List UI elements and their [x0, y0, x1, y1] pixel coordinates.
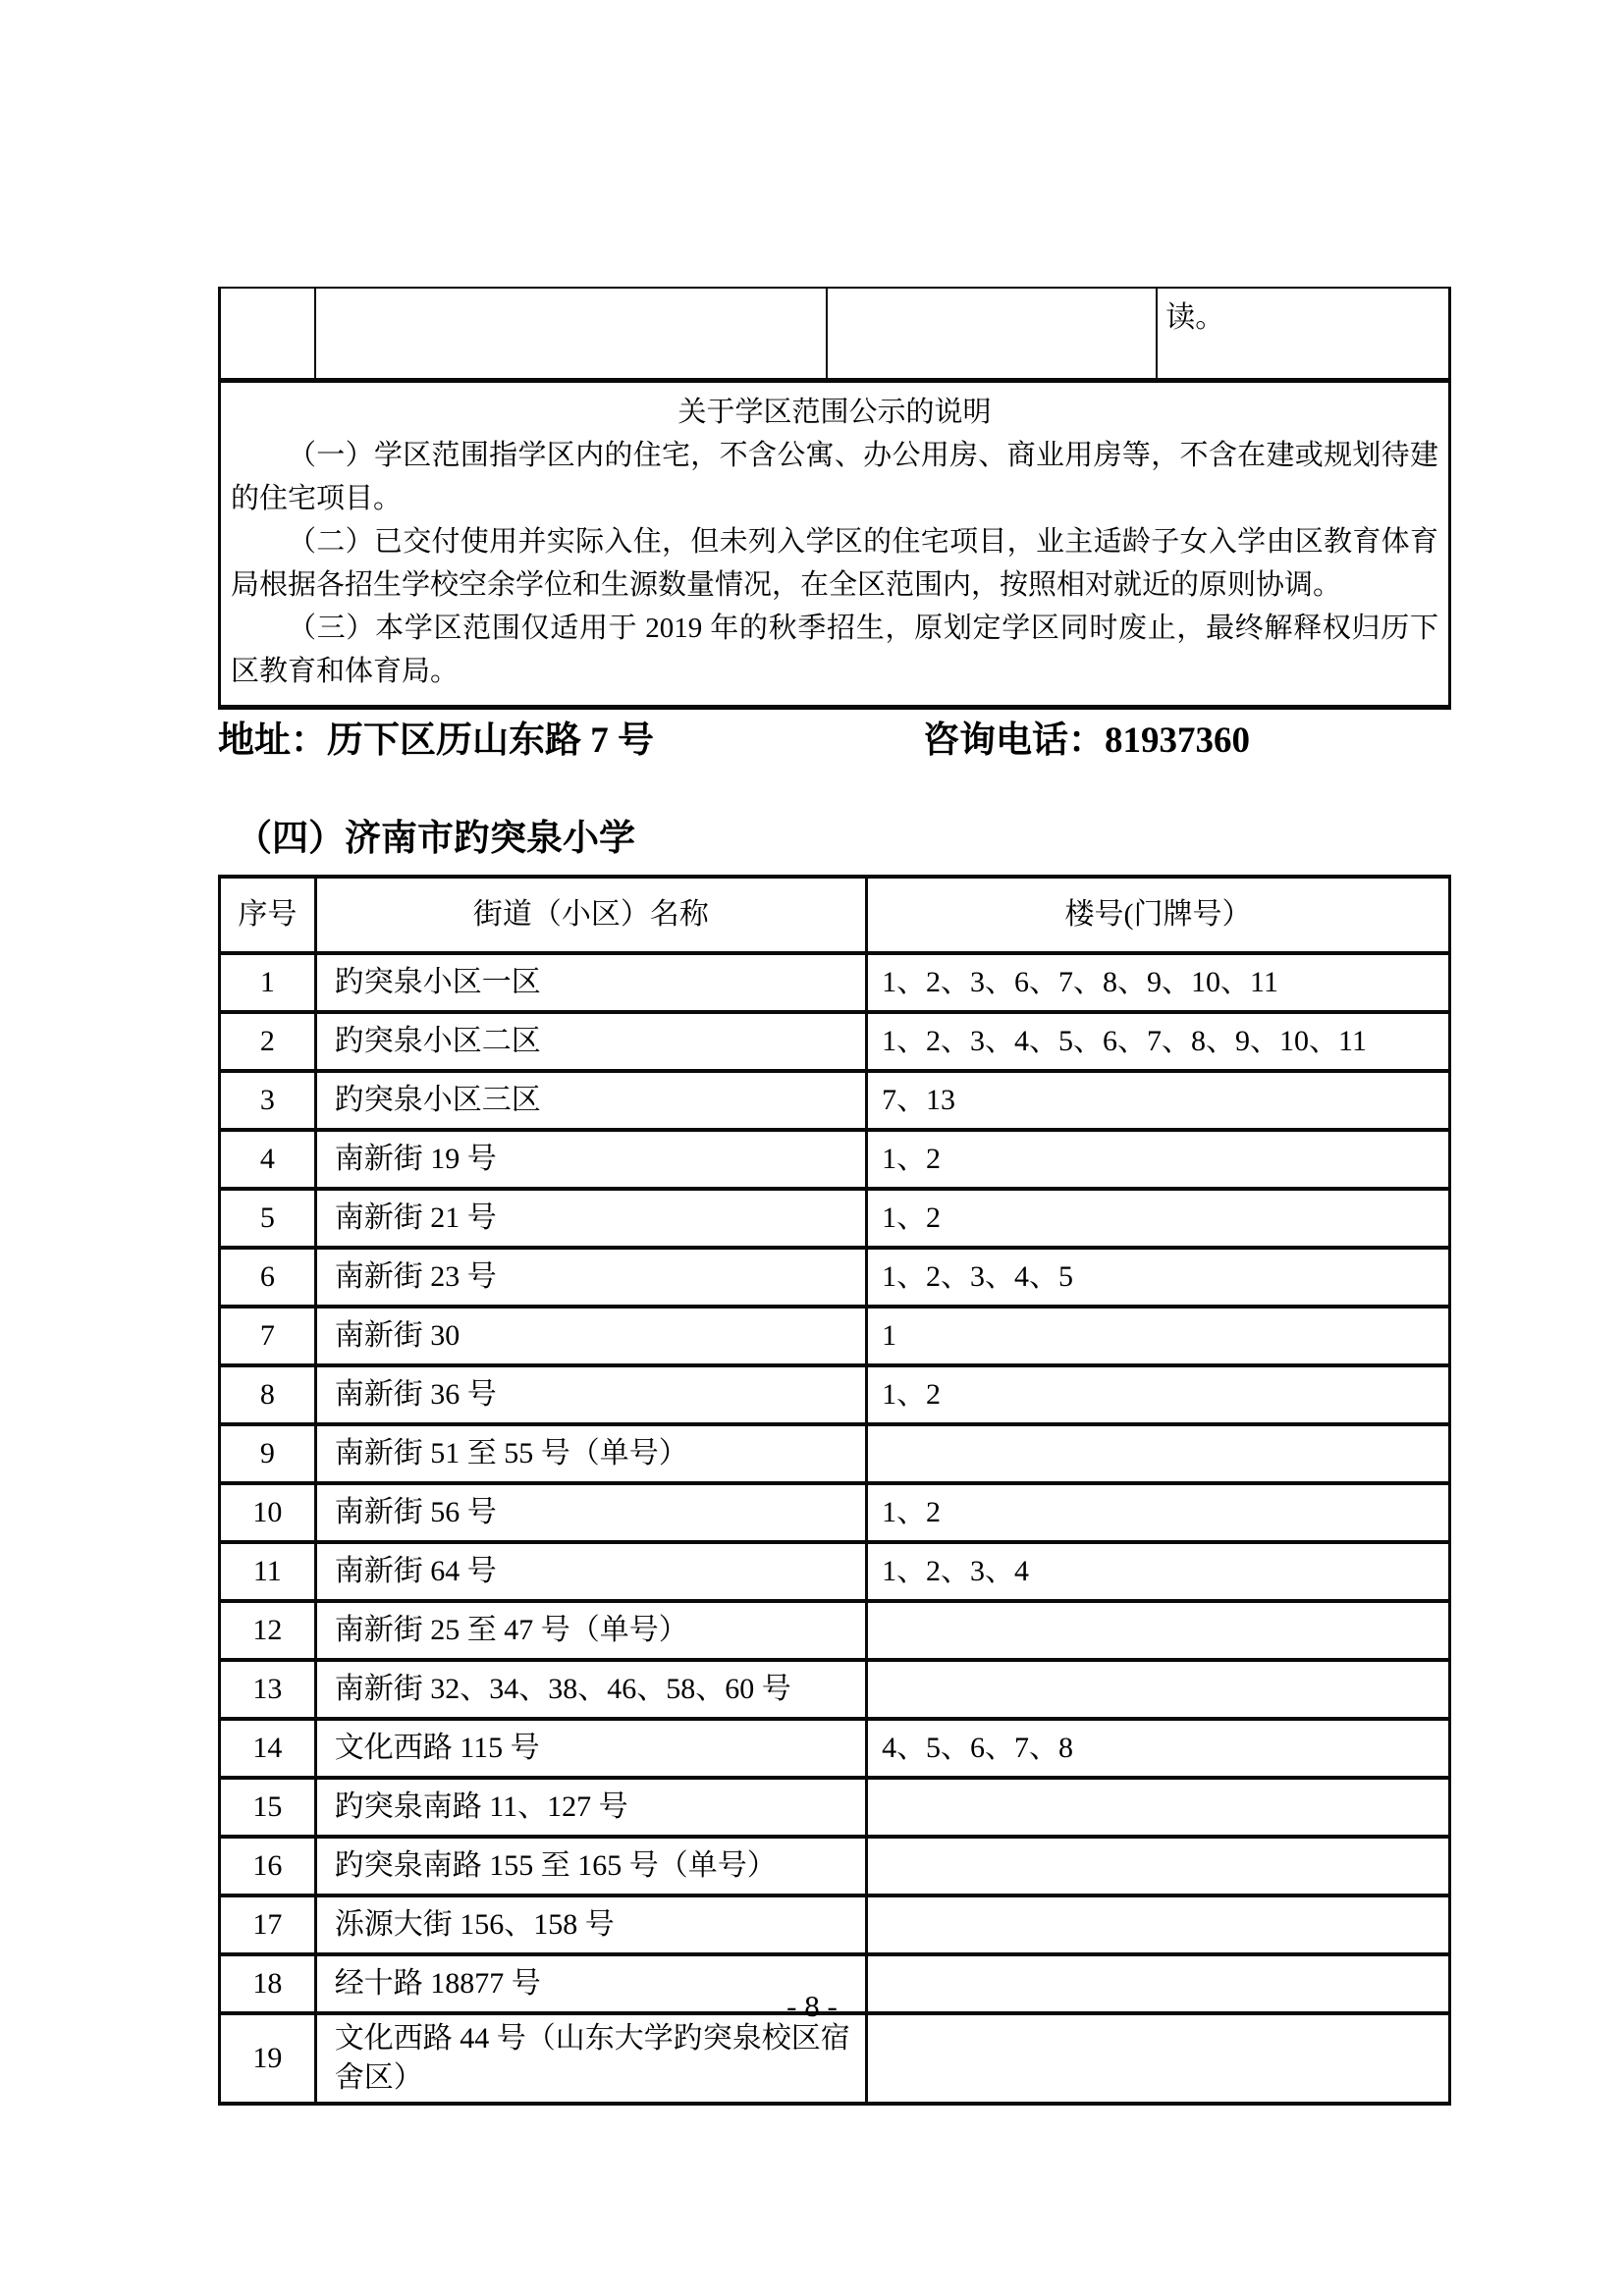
table-row: 1 趵突泉小区一区 1、2、3、6、7、8、9、10、11 — [220, 953, 1450, 1012]
table-row: 4 南新街 19 号 1、2 — [220, 1130, 1450, 1189]
notice-paragraph: （二）已交付使用并实际入住，但未列入学区的住宅项目，业主适龄子女入学由区教育体育… — [231, 520, 1438, 607]
street-name: 南新街 23 号 — [315, 1248, 866, 1307]
row-index: 4 — [220, 1130, 316, 1189]
notice-paragraph: （三）本学区范围仅适用于 2019 年的秋季招生，原划定学区同时废止，最终解释权… — [231, 607, 1438, 693]
street-name: 南新街 64 号 — [315, 1542, 866, 1601]
table-row: 8 南新街 36 号 1、2 — [220, 1365, 1450, 1424]
table-row: 6 南新街 23 号 1、2、3、4、5 — [220, 1248, 1450, 1307]
building-numbers: 7、13 — [867, 1071, 1450, 1130]
row-index: 19 — [220, 2013, 316, 2104]
building-numbers: 4、5、6、7、8 — [867, 1719, 1450, 1778]
phone-text: 咨询电话：81937360 — [923, 716, 1250, 767]
section-heading: （四）济南市趵突泉小学 — [236, 818, 1451, 861]
table-row: 17 泺源大街 156、158 号 — [220, 1896, 1450, 1954]
street-name: 南新街 19 号 — [315, 1130, 866, 1189]
table-cell: 读。 — [1157, 288, 1449, 378]
notice-box: 关于学区范围公示的说明 （一）学区范围指学区内的住宅，不含公寓、办公用房、商业用… — [218, 378, 1451, 710]
street-name: 趵突泉小区一区 — [315, 953, 866, 1012]
document-page: 读。 关于学区范围公示的说明 （一）学区范围指学区内的住宅，不含公寓、办公用房、… — [218, 287, 1451, 2106]
row-index: 6 — [220, 1248, 316, 1307]
contact-line: 地址：历下区历山东路 7 号 咨询电话：81937360 — [218, 716, 1451, 767]
row-index: 15 — [220, 1778, 316, 1837]
row-index: 1 — [220, 953, 316, 1012]
street-name: 南新街 25 至 47 号（单号） — [315, 1601, 866, 1660]
row-index: 12 — [220, 1601, 316, 1660]
street-name: 泺源大街 156、158 号 — [315, 1896, 866, 1954]
column-header-index: 序号 — [220, 877, 316, 953]
building-numbers — [867, 1837, 1450, 1896]
table-row: 12 南新街 25 至 47 号（单号） — [220, 1601, 1450, 1660]
address-text: 地址：历下区历山东路 7 号 — [218, 716, 923, 767]
row-index: 8 — [220, 1365, 316, 1424]
table-cell — [315, 288, 827, 378]
table-cell — [827, 288, 1157, 378]
table-cell — [220, 288, 316, 378]
school-district-table: 序号 街道（小区）名称 楼号(门牌号） 1 趵突泉小区一区 1、2、3、6、7、… — [218, 875, 1451, 2106]
street-name: 趵突泉南路 155 至 165 号（单号） — [315, 1837, 866, 1896]
row-index: 9 — [220, 1424, 316, 1483]
building-numbers: 1、2 — [867, 1483, 1450, 1542]
street-name: 南新街 51 至 55 号（单号） — [315, 1424, 866, 1483]
building-numbers — [867, 1601, 1450, 1660]
street-name: 南新街 36 号 — [315, 1365, 866, 1424]
street-name: 文化西路 44 号（山东大学趵突泉校区宿舍区） — [315, 2013, 866, 2104]
row-index: 13 — [220, 1660, 316, 1719]
street-name: 文化西路 115 号 — [315, 1719, 866, 1778]
row-index: 14 — [220, 1719, 316, 1778]
building-numbers: 1、2、3、4、5、6、7、8、9、10、11 — [867, 1012, 1450, 1071]
building-numbers: 1、2 — [867, 1365, 1450, 1424]
building-numbers — [867, 1424, 1450, 1483]
table-row: 2 趵突泉小区二区 1、2、3、4、5、6、7、8、9、10、11 — [220, 1012, 1450, 1071]
building-numbers: 1、2 — [867, 1130, 1450, 1189]
table-row: 5 南新街 21 号 1、2 — [220, 1189, 1450, 1248]
building-numbers — [867, 1896, 1450, 1954]
table-row: 读。 — [220, 288, 1450, 378]
building-numbers: 1、2、3、4、5 — [867, 1248, 1450, 1307]
building-numbers: 1、2 — [867, 1189, 1450, 1248]
previous-table-fragment: 读。 — [218, 287, 1451, 378]
street-name: 南新街 32、34、38、46、58、60 号 — [315, 1660, 866, 1719]
column-header-building-number: 楼号(门牌号） — [867, 877, 1450, 953]
building-numbers: 1、2、3、4 — [867, 1542, 1450, 1601]
notice-paragraph: （一）学区范围指学区内的住宅，不含公寓、办公用房、商业用房等，不含在建或规划待建… — [231, 434, 1438, 520]
page-number: - 8 - — [0, 1989, 1624, 2024]
street-name: 南新街 56 号 — [315, 1483, 866, 1542]
row-index: 5 — [220, 1189, 316, 1248]
street-name: 趵突泉小区三区 — [315, 1071, 866, 1130]
street-name: 趵突泉南路 11、127 号 — [315, 1778, 866, 1837]
building-numbers: 1、2、3、6、7、8、9、10、11 — [867, 953, 1450, 1012]
table-row: 19 文化西路 44 号（山东大学趵突泉校区宿舍区） — [220, 2013, 1450, 2104]
notice-title: 关于学区范围公示的说明 — [231, 391, 1438, 434]
row-index: 11 — [220, 1542, 316, 1601]
table-row: 15 趵突泉南路 11、127 号 — [220, 1778, 1450, 1837]
table-row: 9 南新街 51 至 55 号（单号） — [220, 1424, 1450, 1483]
table-row: 11 南新街 64 号 1、2、3、4 — [220, 1542, 1450, 1601]
table-row: 10 南新街 56 号 1、2 — [220, 1483, 1450, 1542]
table-row: 14 文化西路 115 号 4、5、6、7、8 — [220, 1719, 1450, 1778]
table-row: 13 南新街 32、34、38、46、58、60 号 — [220, 1660, 1450, 1719]
table-header-row: 序号 街道（小区）名称 楼号(门牌号） — [220, 877, 1450, 953]
street-name: 南新街 21 号 — [315, 1189, 866, 1248]
building-numbers — [867, 2013, 1450, 2104]
building-numbers — [867, 1660, 1450, 1719]
street-name: 南新街 30 — [315, 1307, 866, 1365]
row-index: 2 — [220, 1012, 316, 1071]
table-row: 16 趵突泉南路 155 至 165 号（单号） — [220, 1837, 1450, 1896]
column-header-street-name: 街道（小区）名称 — [315, 877, 866, 953]
building-numbers: 1 — [867, 1307, 1450, 1365]
street-name: 趵突泉小区二区 — [315, 1012, 866, 1071]
row-index: 17 — [220, 1896, 316, 1954]
row-index: 16 — [220, 1837, 316, 1896]
table-row: 3 趵突泉小区三区 7、13 — [220, 1071, 1450, 1130]
table-row: 7 南新街 30 1 — [220, 1307, 1450, 1365]
row-index: 3 — [220, 1071, 316, 1130]
row-index: 10 — [220, 1483, 316, 1542]
row-index: 7 — [220, 1307, 316, 1365]
building-numbers — [867, 1778, 1450, 1837]
